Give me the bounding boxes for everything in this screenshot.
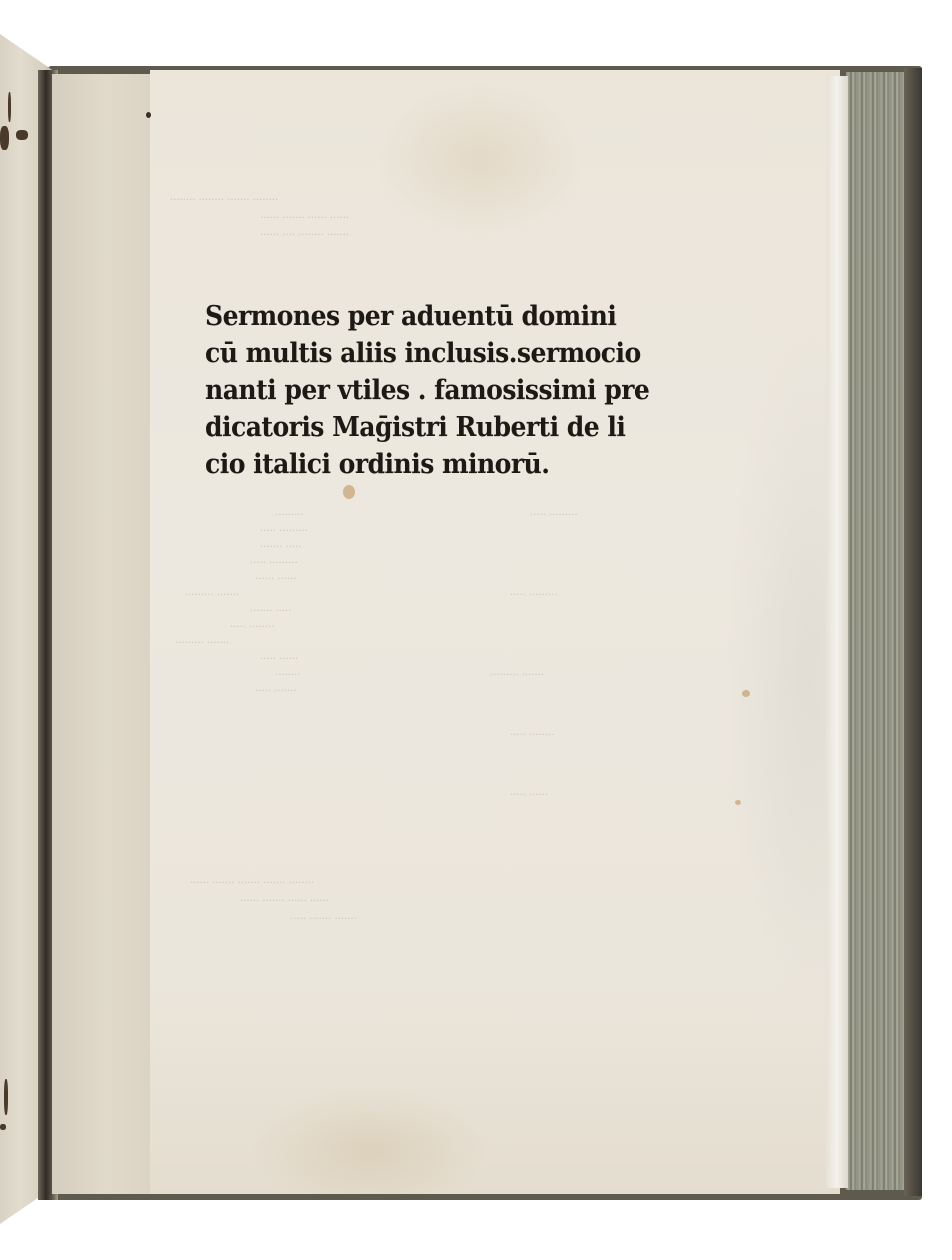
- show-through-line: ·········: [275, 510, 304, 521]
- page-block-fore-edge: [846, 72, 908, 1190]
- show-through-line: ········ ······· ········ ········: [170, 195, 278, 206]
- title-line-5: cio italici ordinis minorū.: [205, 446, 614, 483]
- title-line-3: nanti per vtiles . famosissimi pre: [205, 372, 614, 409]
- show-through-line: ········· ·····: [260, 526, 308, 537]
- show-through-line: ······· ·········: [175, 638, 229, 649]
- title-text-block: Sermones per aduentū domini cū multis al…: [205, 298, 645, 483]
- title-line-2: cū multis aliis inclusis.sermocio: [205, 335, 614, 372]
- show-through-line: ······ ······: [255, 574, 296, 585]
- show-through-line: ······· ······· ·····: [290, 914, 357, 925]
- show-through-line: ······· ·····: [255, 686, 296, 697]
- ink-mark: [8, 92, 11, 122]
- ink-mark: [0, 1124, 6, 1130]
- foxing-spot: [146, 112, 151, 118]
- show-through-line: ······· ········ ···· ······: [260, 230, 349, 241]
- show-through-line: ······ ······ ······· ······: [240, 896, 329, 907]
- show-through-line: ····· ·······: [260, 542, 301, 553]
- show-through-line: ······ ······ ······· ······: [260, 213, 349, 224]
- ink-mark: [4, 1079, 8, 1115]
- ink-mark: [16, 130, 28, 140]
- show-through-line: ······· ·········: [185, 590, 239, 601]
- hinge-stub-leaf: [52, 74, 162, 1194]
- title-line-4: dicatoris Maḡistri Ruberti de li: [205, 409, 614, 446]
- show-through-line: ········: [275, 670, 300, 681]
- foxing-spot: [742, 690, 750, 697]
- show-through-line: ····· ·······: [250, 606, 291, 617]
- foxing-spot: [343, 485, 355, 499]
- show-through-line: ······· ·········: [490, 670, 544, 681]
- leaf-edge-strip: [826, 76, 848, 1188]
- show-through-line: ········ ······· ······· ······· ······: [190, 878, 314, 889]
- show-through-line: ········· ·····: [510, 590, 558, 601]
- foxing-spot: [735, 800, 741, 805]
- show-through-line: ········ ·····: [230, 622, 275, 633]
- show-through-line: ········ ·····: [510, 730, 555, 741]
- show-through-line: ········· ·····: [530, 510, 578, 521]
- show-through-line: ······ ·····: [260, 654, 298, 665]
- title-leaf: ········ ······· ········ ········ ·····…: [150, 70, 840, 1194]
- ink-mark: [0, 126, 9, 150]
- show-through-line: ······ ·····: [510, 790, 548, 801]
- title-line-1: Sermones per aduentū domini: [205, 298, 614, 335]
- show-through-line: ········· ·····: [250, 558, 298, 569]
- board-edge: [904, 68, 922, 1196]
